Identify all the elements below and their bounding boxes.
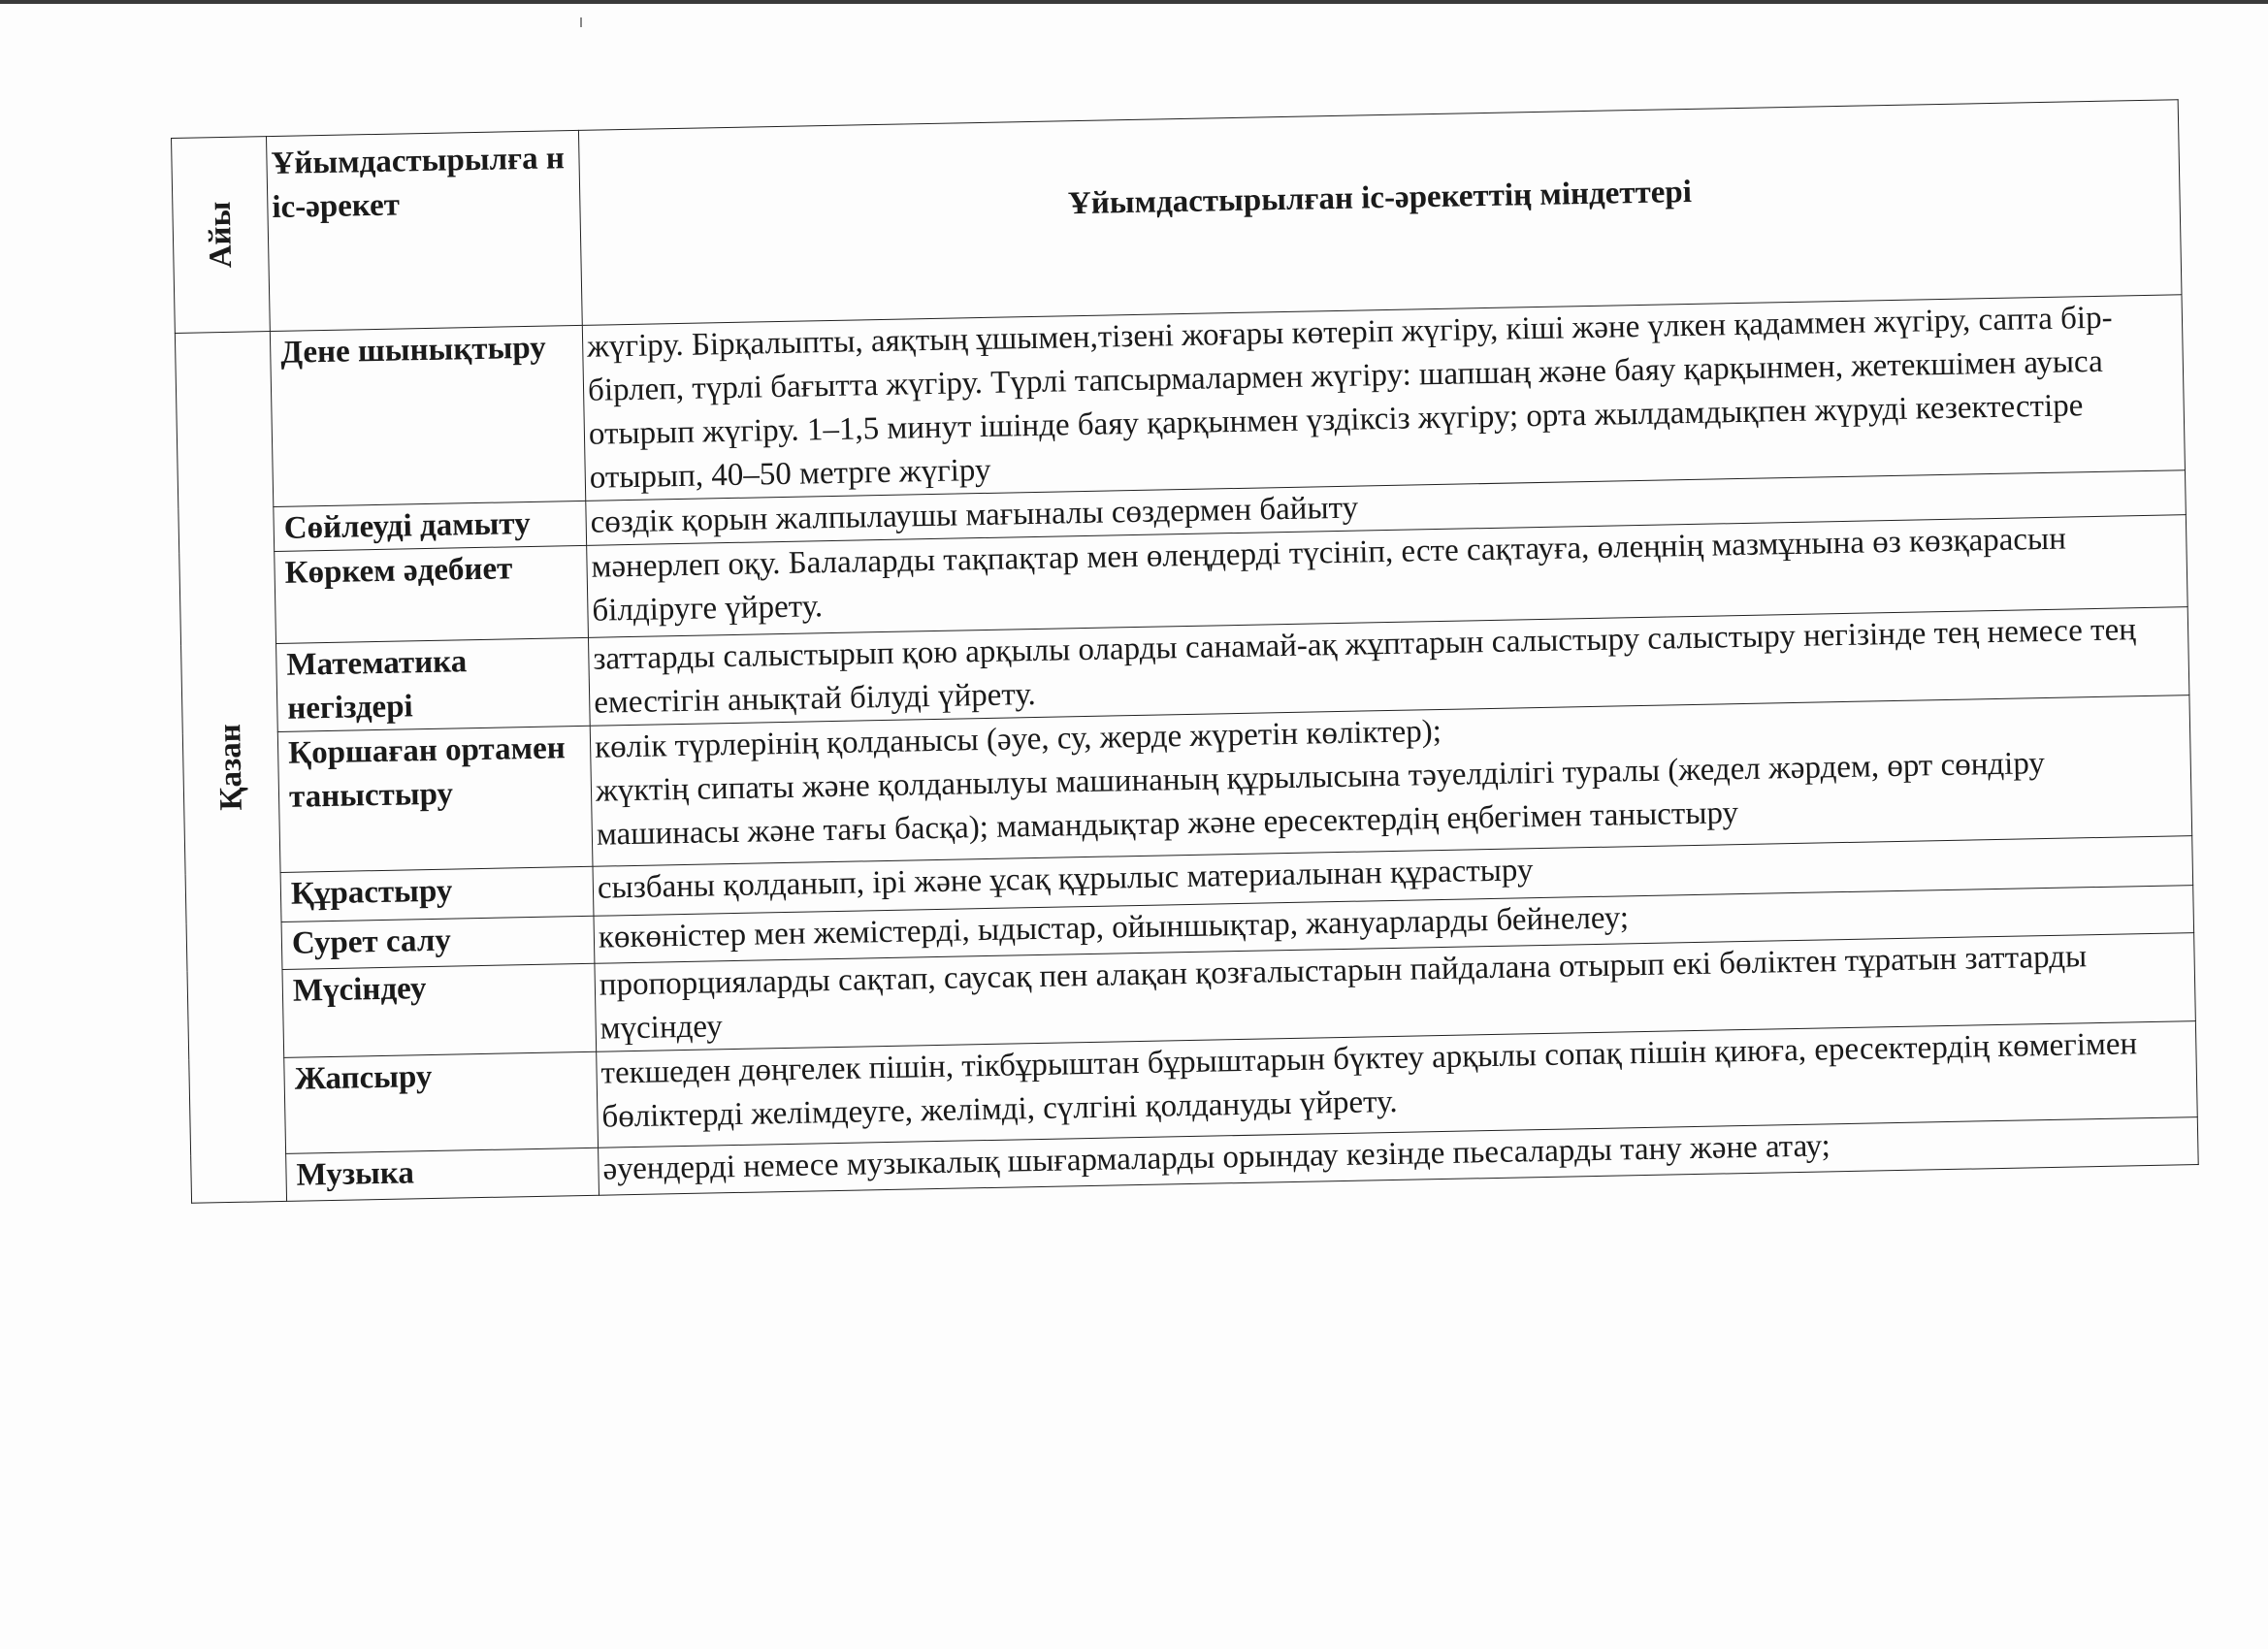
tasks-header: Ұйымдастырылған іс-әрекеттің міндеттері — [578, 100, 2182, 326]
scan-top-edge — [0, 0, 2268, 4]
activity-cell: Сөйлеуді дамыту — [274, 501, 587, 551]
activity-cell: Сурет салу — [281, 916, 595, 969]
month-header-cell: Айы — [172, 137, 271, 334]
activity-cell: Жапсыру — [284, 1051, 599, 1153]
activity-cell: Құрастыру — [280, 866, 594, 921]
task-cell: жүгіру. Бірқалыпты, аяқтың ұшымен,тізені… — [582, 295, 2185, 501]
table-header-row: Айы Ұйымдастырылға н іс-әрекет Ұйымдасты… — [172, 100, 2182, 334]
activity-header: Ұйымдастырылға н іс-әрекет — [266, 130, 582, 331]
month-header: Айы — [202, 201, 239, 268]
curriculum-table-container: Айы Ұйымдастырылға н іс-әрекет Ұйымдасты… — [171, 99, 2199, 1204]
activity-cell: Мүсіндеу — [282, 963, 597, 1057]
scan-speck — [580, 17, 582, 27]
activity-cell: Қоршаған ортамен таныстыру — [277, 726, 593, 872]
activity-cell: Математика негіздері — [276, 637, 591, 731]
activity-cell: Көркем әдебиет — [275, 545, 589, 643]
month-name: Қазан — [212, 724, 250, 811]
month-cell: Қазан — [175, 332, 286, 1204]
activity-cell: Музыка — [286, 1148, 599, 1201]
activity-cell: Дене шынықтыру — [270, 325, 585, 506]
curriculum-table: Айы Ұйымдастырылға н іс-әрекет Ұйымдасты… — [171, 99, 2199, 1204]
